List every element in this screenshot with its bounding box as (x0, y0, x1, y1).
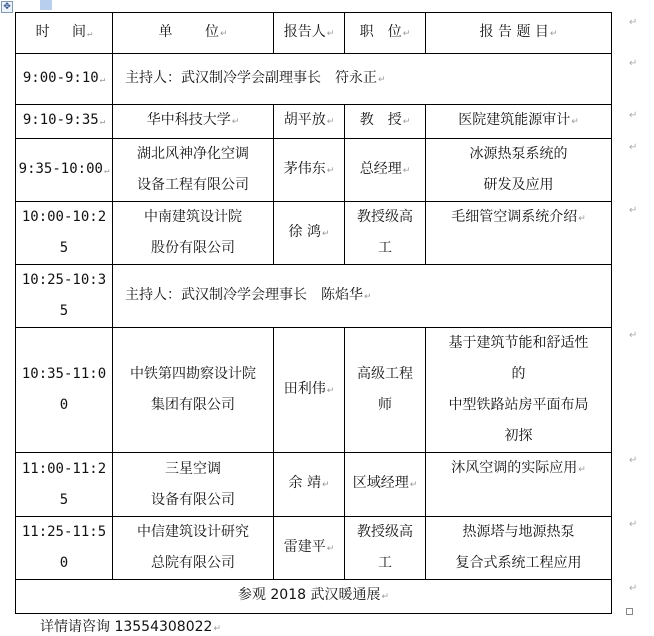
table-move-handle-icon[interactable]: ✥ (1, 1, 13, 13)
unit-cell: 湖北风神净化空调设备工程有限公司 (113, 139, 274, 202)
time-cell: 9:10-9:35↵ (16, 105, 113, 139)
topic-cell: 沐风空调的实际应用↵ (426, 453, 612, 517)
row-end-mark-icon: ↵ (629, 583, 637, 594)
table-row: 11:25-11:50 中信建筑设计研究总院有限公司 雷建平↵ 教授级高工 热源… (16, 517, 612, 580)
table-row: 10:25-10:35 主持人：武汉制冷学会理事长 陈焰华↵ (16, 265, 612, 328)
time-cell: 11:00-11:25 (16, 453, 113, 517)
table-header-row: 时 间↵ 单 位↵ 报告人↵ 职 位↵ 报 告 题 目↵ (16, 13, 612, 54)
schedule-table: 时 间↵ 单 位↵ 报告人↵ 职 位↵ 报 告 题 目↵ 9:00-9:10↵ … (15, 12, 612, 614)
table-resize-handle[interactable] (626, 608, 633, 615)
unit-cell: 华中科技大学↵ (113, 105, 274, 139)
time-cell: 10:35-11:00 (16, 328, 113, 453)
table-row: 10:00-10:25 中南建筑设计院股份有限公司 徐 鸿↵ 教授级高工 毛细管… (16, 202, 612, 265)
topic-cell: 热源塔与地源热泵复合式系统工程应用 (426, 517, 612, 580)
row-end-mark-icon: ↵ (629, 519, 637, 530)
reporter-cell: 雷建平↵ (274, 517, 345, 580)
position-cell: 高级工程师 (345, 328, 426, 453)
row-end-mark-icon: ↵ (629, 110, 637, 121)
reporter-cell: 徐 鸿↵ (274, 202, 345, 265)
position-cell: 教 授↵ (345, 105, 426, 139)
time-cell: 9:00-9:10↵ (16, 54, 113, 105)
topic-cell: 冰源热泵系统的研发及应用 (426, 139, 612, 202)
host-cell: 主持人：武汉制冷学会副理事长 符永正↵ (113, 54, 612, 105)
time-cell: 10:00-10:25 (16, 202, 113, 265)
reporter-cell: 余 靖↵ (274, 453, 345, 517)
time-cell: 9:35-10:00↵ (16, 139, 113, 202)
topic-cell: 毛细管空调系统介绍↵ (426, 202, 612, 265)
position-cell: 区域经理↵ (345, 453, 426, 517)
reporter-cell: 胡平放↵ (274, 105, 345, 139)
reporter-cell: 田利伟↵ (274, 328, 345, 453)
text-cursor-marker (40, 0, 52, 10)
header-unit: 单 位↵ (113, 13, 274, 54)
position-cell: 教授级高工 (345, 202, 426, 265)
position-cell: 总经理↵ (345, 139, 426, 202)
time-cell: 10:25-10:35 (16, 265, 113, 328)
header-topic: 报 告 题 目↵ (426, 13, 612, 54)
unit-cell: 三星空调设备有限公司 (113, 453, 274, 517)
host-cell: 主持人：武汉制冷学会理事长 陈焰华↵ (113, 265, 612, 328)
row-end-mark-icon: ↵ (629, 17, 637, 28)
header-reporter: 报告人↵ (274, 13, 345, 54)
unit-cell: 中信建筑设计研究总院有限公司 (113, 517, 274, 580)
topic-cell: 医院建筑能源审计↵ (426, 105, 612, 139)
time-cell: 11:25-11:50 (16, 517, 113, 580)
reporter-cell: 茅伟东↵ (274, 139, 345, 202)
closing-row: 参观 2018 武汉暖通展↵ (16, 580, 612, 614)
row-end-mark-icon: ↵ (629, 142, 637, 153)
table-row: 9:35-10:00↵ 湖北风神净化空调设备工程有限公司 茅伟东↵ 总经理↵ 冰… (16, 139, 612, 202)
position-cell: 教授级高工 (345, 517, 426, 580)
table-row: 9:00-9:10↵ 主持人：武汉制冷学会副理事长 符永正↵ (16, 54, 612, 105)
table-row: 9:10-9:35↵ 华中科技大学↵ 胡平放↵ 教 授↵ 医院建筑能源审计↵ (16, 105, 612, 139)
header-position: 职 位↵ (345, 13, 426, 54)
unit-cell: 中铁第四勘察设计院集团有限公司 (113, 328, 274, 453)
row-end-mark-icon: ↵ (629, 58, 637, 69)
row-end-mark-icon: ↵ (629, 330, 637, 341)
topic-cell: 基于建筑节能和舒适性的中型铁路站房平面布局初探 (426, 328, 612, 453)
header-time: 时 间↵ (16, 13, 113, 54)
contact-footer: 详情请咨询 13554308022↵ (40, 616, 221, 636)
table-row: 11:00-11:25 三星空调设备有限公司 余 靖↵ 区域经理↵ 沐风空调的实… (16, 453, 612, 517)
closing-cell: 参观 2018 武汉暖通展↵ (16, 580, 612, 614)
row-end-mark-icon: ↵ (629, 455, 637, 466)
row-end-mark-icon: ↵ (629, 205, 637, 216)
unit-cell: 中南建筑设计院股份有限公司 (113, 202, 274, 265)
table-row: 10:35-11:00 中铁第四勘察设计院集团有限公司 田利伟↵ 高级工程师 基… (16, 328, 612, 453)
